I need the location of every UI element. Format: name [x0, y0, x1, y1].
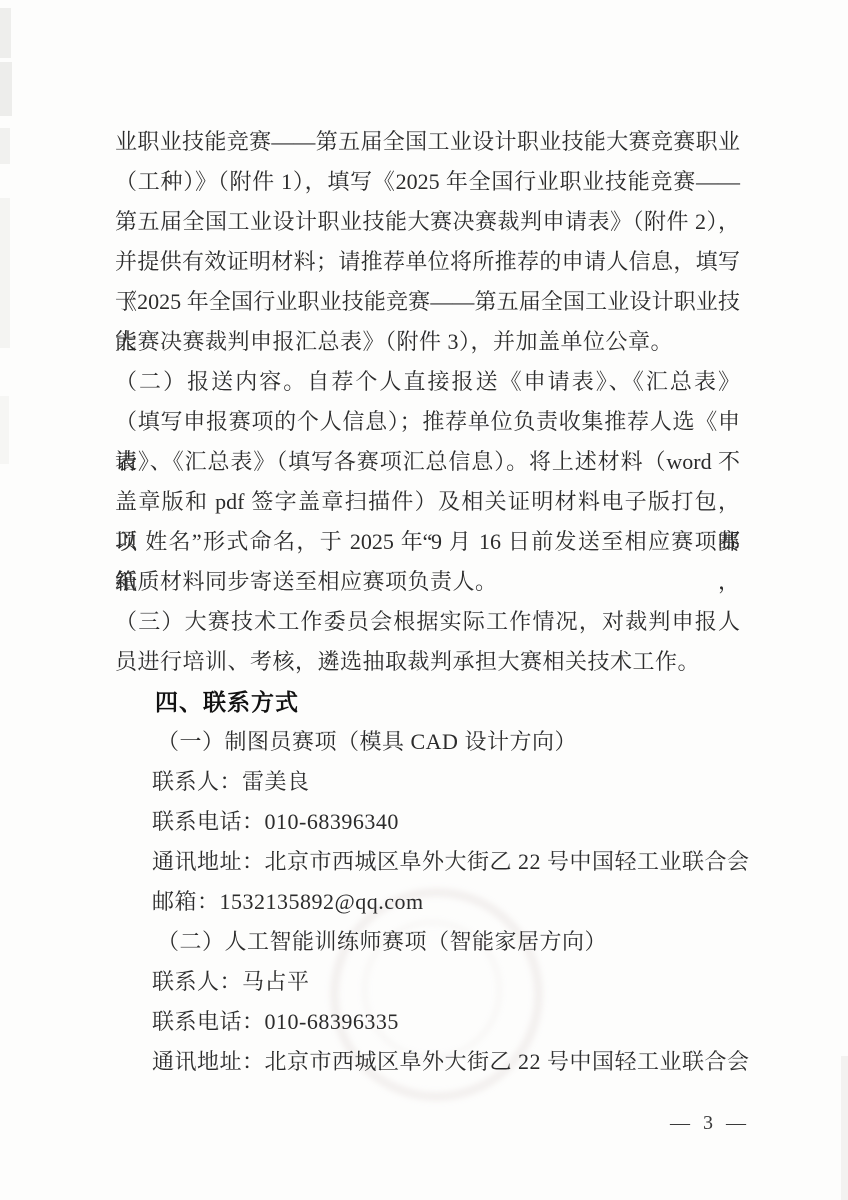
- text-line: 第五届全国工业设计职业技能大赛决赛裁判申请表》（附件 2），: [115, 202, 740, 242]
- section-heading-contact: 四、联系方式: [115, 682, 740, 722]
- scan-edge-artifact: [0, 62, 12, 116]
- text-line: 大赛决赛裁判申报汇总表》（附件 3），并加盖单位公章。: [115, 322, 740, 362]
- contact-phone-line: 联系电话：010-68396340: [115, 802, 740, 842]
- text-line: 表》、《汇总表》（填写各赛项汇总信息）。将上述材料（word 不: [115, 442, 740, 482]
- contact-address-line: 通讯地址：北京市西城区阜外大街乙 22 号中国轻工业联合会: [115, 1042, 740, 1082]
- document-body: 业职业技能竞赛——第五届全国工业设计职业技能大赛竞赛职业 （工种）》（附件 1）…: [115, 122, 740, 1082]
- text-line: 《2025 年全国行业职业技能竞赛——第五届全国工业设计职业技能: [115, 282, 740, 322]
- text-line: （一）制图员赛项（模具 CAD 设计方向）: [115, 722, 740, 762]
- text-line: （二）报送内容。自荐个人直接报送《申请表》、《汇总表》: [115, 362, 740, 402]
- contact-phone-line: 联系电话：010-68396335: [115, 1002, 740, 1042]
- scan-edge-artifact: [0, 198, 10, 348]
- scan-edge-artifact: [0, 396, 9, 464]
- text-line: 项 姓名”形式命名，于 2025 年 9 月 16 日前发送至相应赛项邮箱，: [115, 522, 740, 562]
- contact-name-line: 联系人：马占平: [115, 962, 740, 1002]
- contact-name-line: 联系人：雷美良: [115, 762, 740, 802]
- scan-edge-artifact: [0, 128, 10, 164]
- page-number: — 3 —: [640, 1108, 780, 1138]
- text-line: （二）人工智能训练师赛项（智能家居方向）: [115, 922, 740, 962]
- text-line: （三）大赛技术工作委员会根据实际工作情况，对裁判申报人: [115, 602, 740, 642]
- contact-address-line: 通讯地址：北京市西城区阜外大街乙 22 号中国轻工业联合会: [115, 842, 740, 882]
- scanned-document-page: 业职业技能竞赛——第五届全国工业设计职业技能大赛竞赛职业 （工种）》（附件 1）…: [0, 0, 848, 1200]
- text-line: （工种）》（附件 1），填写《2025 年全国行业职业技能竞赛——: [115, 162, 740, 202]
- scan-edge-artifact: [0, 8, 11, 58]
- text-line: 盖章版和 pdf 签字盖章扫描件）及相关证明材料电子版打包，以“赛: [115, 482, 740, 522]
- text-line: （填写申报赛项的个人信息）；推荐单位负责收集推荐人选《申请: [115, 402, 740, 442]
- text-line: 并提供有效证明材料；请推荐单位将所推荐的申请人信息，填写于: [115, 242, 740, 282]
- text-line: 业职业技能竞赛——第五届全国工业设计职业技能大赛竞赛职业: [115, 122, 740, 162]
- contact-email-line: 邮箱：1532135892@qq.com: [115, 882, 740, 922]
- text-line: 员进行培训、考核，遴选抽取裁判承担大赛相关技术工作。: [115, 642, 740, 682]
- scan-edge-artifact: [841, 1056, 848, 1200]
